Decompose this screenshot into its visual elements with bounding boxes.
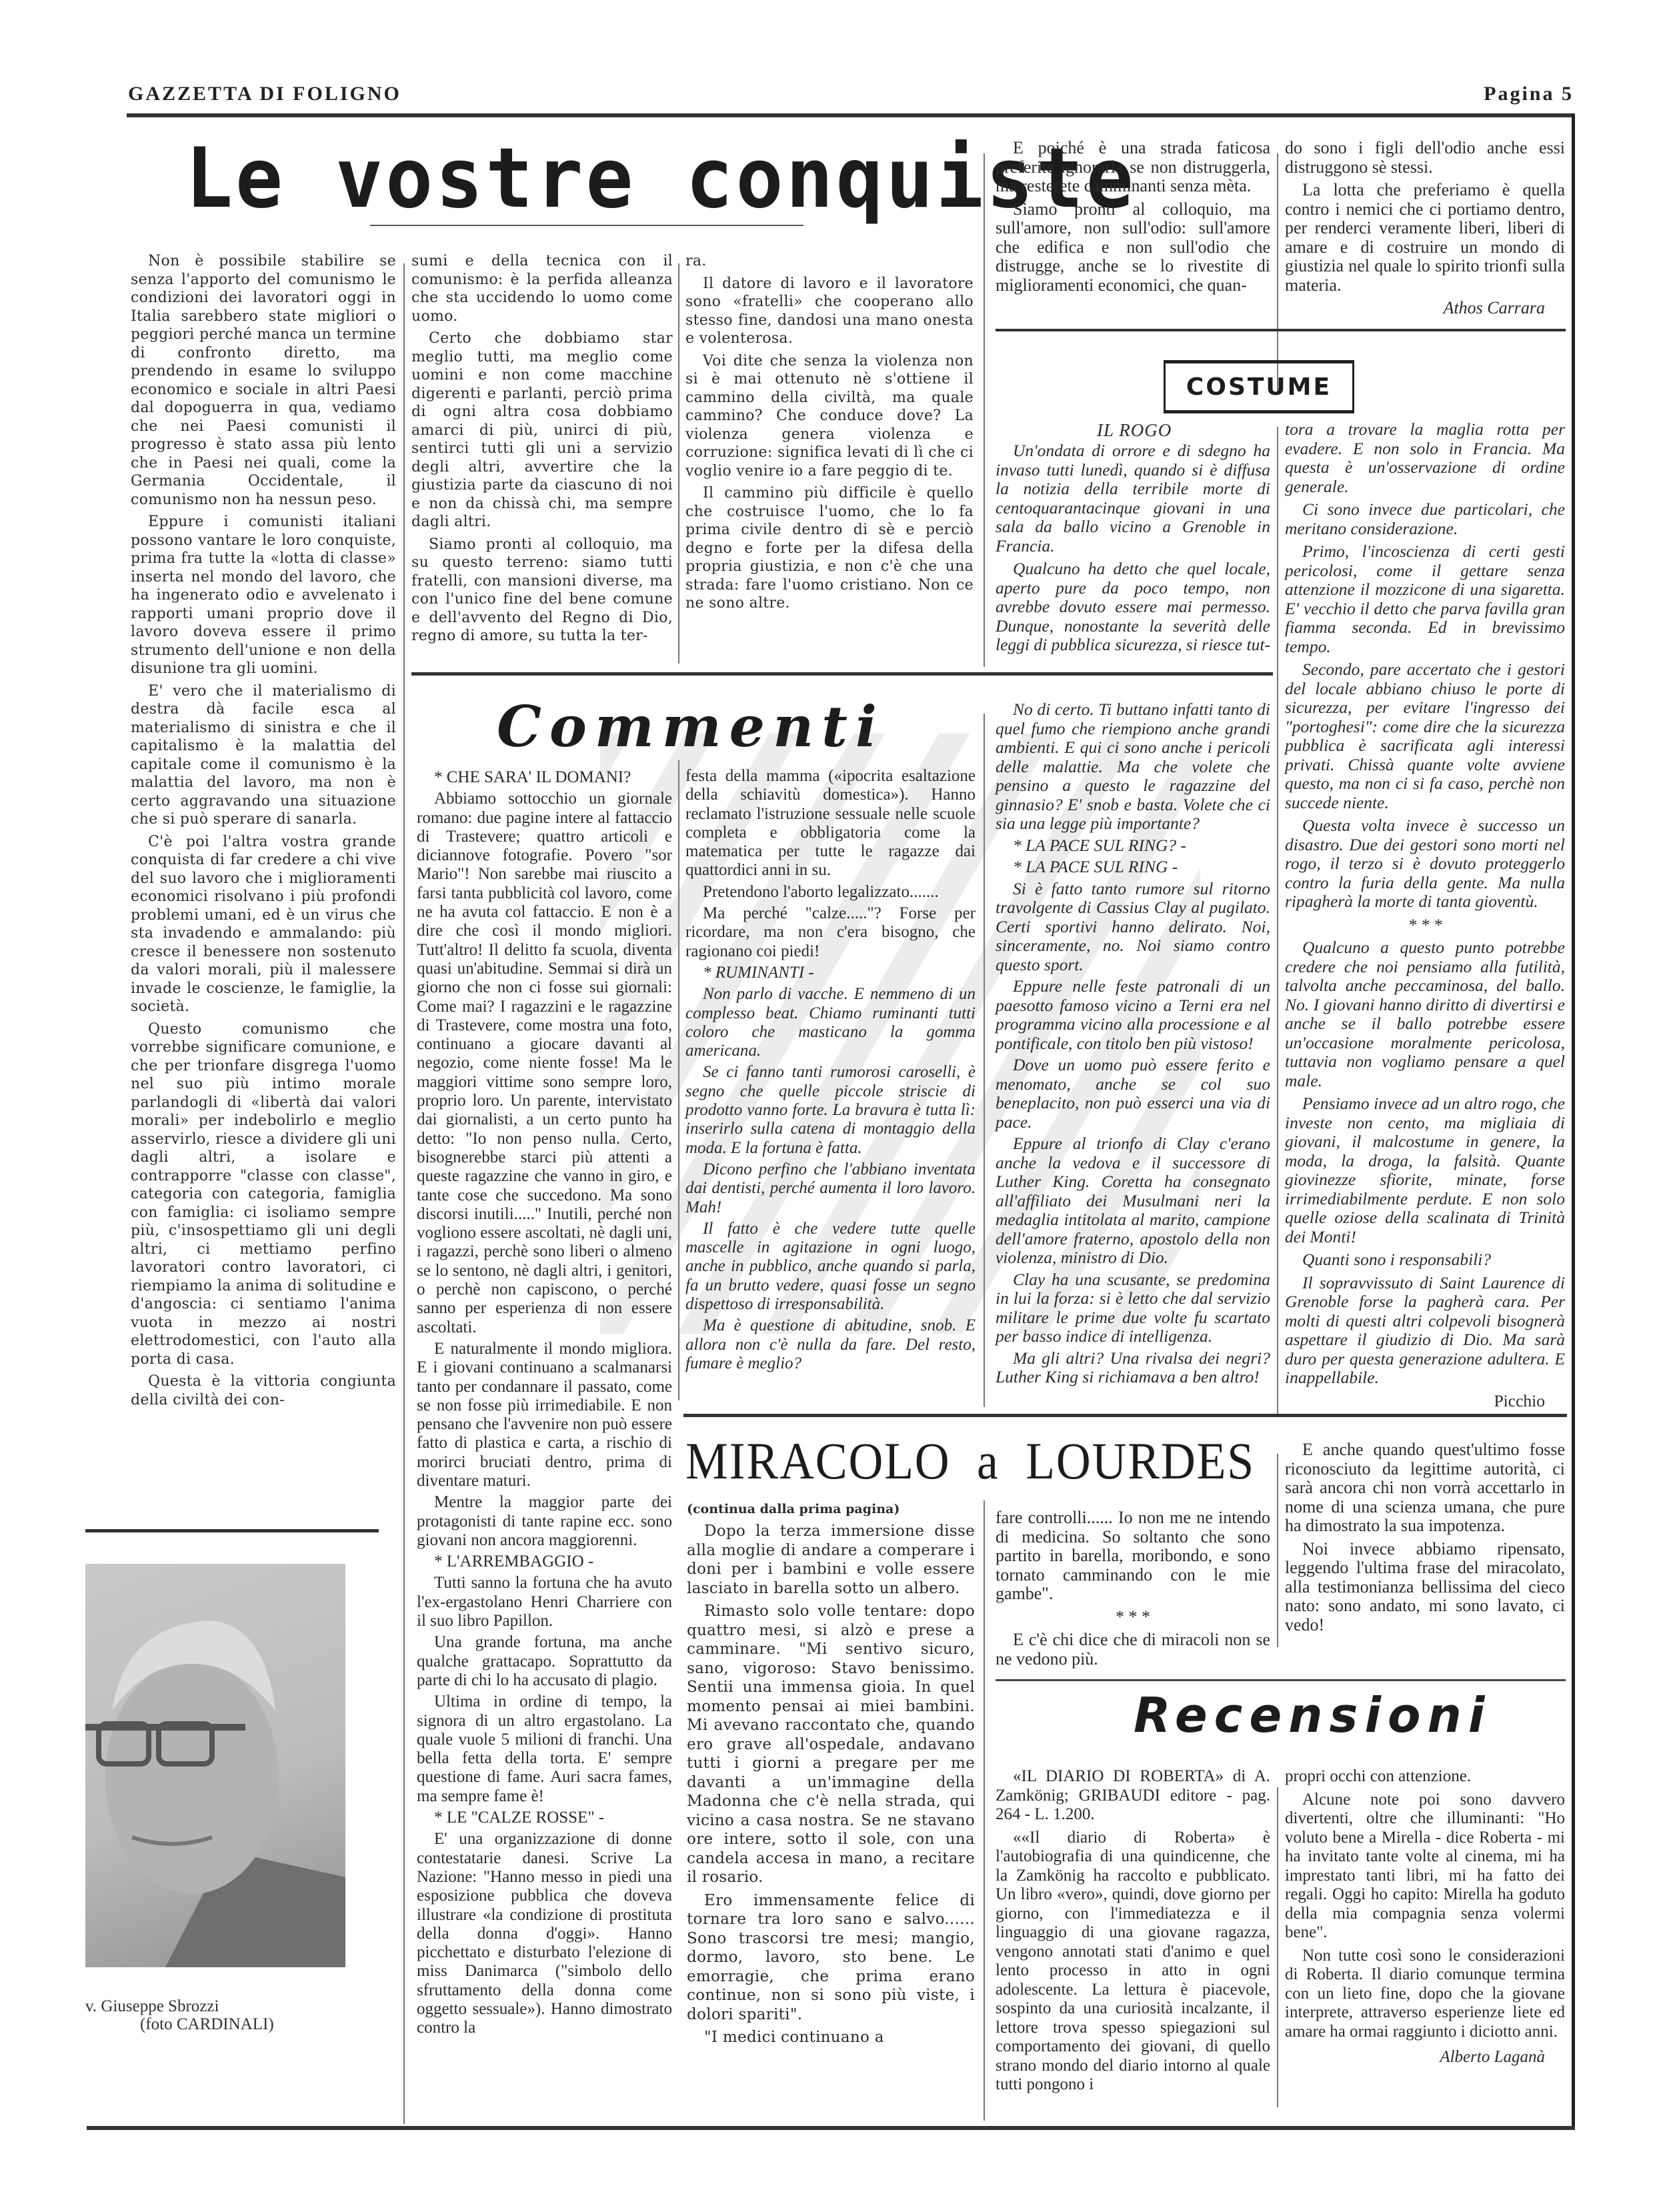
- paragraph: "I medici continuano a: [687, 2028, 975, 2047]
- costume-col-2: tora a trovare la maglia rotta per evade…: [1285, 420, 1565, 1410]
- recensioni-col-1: «IL DIARIO DI ROBERTA» di A. Zamkönig; G…: [996, 1767, 1270, 2099]
- column-divider: [984, 714, 985, 1407]
- paragraph: E c'è chi dice che di miracoli non se ne…: [996, 1630, 1270, 1669]
- paragraph: propri occhi con attenzione.: [1285, 1767, 1565, 1787]
- paragraph: Non parlo di vacche. E nemmeno di un com…: [685, 985, 976, 1060]
- paragraph: festa della mamma («ipocrita esaltazione…: [685, 767, 976, 880]
- paragraph: Quanti sono i responsabili?: [1285, 1250, 1565, 1270]
- paragraph: Il sopravvissuto di Saint Laurence di Gr…: [1285, 1274, 1565, 1388]
- paragraph: Secondo, pare accertato che i gestori de…: [1285, 660, 1565, 812]
- miracolo-col-2: fare controlli...... Io non me ne intend…: [996, 1508, 1270, 1673]
- paragraph: Dove un uomo può essere ferito e menomat…: [996, 1056, 1270, 1132]
- page-bottom-border: [87, 2126, 1575, 2130]
- paragraph: E anche quando quest'ultimo fosse ricono…: [1285, 1440, 1565, 1536]
- main-headline: Le vostre conquiste: [185, 137, 1136, 219]
- costume-col-1: Un'ondata di orrore e di sdegno ha invas…: [996, 441, 1270, 659]
- paragraph: Il datore di lavoro e il lavoratore sono…: [685, 275, 974, 348]
- main-article-col-5: do sono i figli dell'odio anche essi dis…: [1285, 139, 1565, 318]
- paragraph: Ci sono invece due particolari, che meri…: [1285, 500, 1565, 538]
- column-divider: [984, 153, 985, 667]
- commenti-subheading: * LE "CALZE ROSSE" -: [417, 1809, 672, 1827]
- main-article-col-1: Non è possibile stabilire se senza l'app…: [131, 252, 396, 1413]
- photo-caption-credit: (foto CARDINALI): [140, 2015, 274, 2034]
- paragraph: Primo, l'incoscienza di certi gesti peri…: [1285, 542, 1565, 656]
- costume-section-label: COSTUME: [1164, 360, 1354, 413]
- masthead-page-number: Pagina 5: [1484, 83, 1574, 105]
- page-right-border: [1572, 115, 1575, 2129]
- paragraph: Eppure al trionfo di Clay c'erano anche …: [996, 1134, 1270, 1268]
- paragraph: Pensiamo invece ad un altro rogo, che in…: [1285, 1094, 1565, 1246]
- photo-caption-name: v. Giuseppe Sbrozzi: [85, 1997, 219, 2016]
- paragraph: Si è fatto tanto rumore sul ritorno trav…: [996, 880, 1270, 975]
- portrait-figure-icon: [85, 1564, 345, 1967]
- paragraph: Dopo la terza immersione disse alla mogl…: [687, 1522, 975, 1598]
- paragraph: Dicono perfino che l'abbiano inventata d…: [685, 1160, 976, 1217]
- paragraph: do sono i figli dell'odio anche essi dis…: [1285, 139, 1565, 177]
- miracolo-rule: [683, 1414, 1567, 1417]
- paragraph: E' una organizzazione di donne contestat…: [417, 1830, 672, 2037]
- review-book-info: «IL DIARIO DI ROBERTA» di A. Zamkönig; G…: [996, 1767, 1270, 1825]
- portrait-photo: [85, 1564, 345, 1967]
- column-divider: [678, 760, 679, 1400]
- paragraph: Alcune note poi sono davvero divertenti,…: [1285, 1791, 1565, 1943]
- commenti-subheading: * CHE SARA' IL DOMANI?: [417, 768, 672, 787]
- paragraph: Eppure nelle feste patronali di un paeso…: [996, 977, 1270, 1053]
- paragraph: Il cammino più difficile è quello che co…: [685, 484, 974, 613]
- paragraph: Certo che dobbiamo star meglio tutti, ma…: [411, 329, 673, 531]
- paragraph: E' vero che il materialismo di destra dà…: [131, 682, 396, 829]
- paragraph: Qualcuno a questo punto potrebbe credere…: [1285, 938, 1565, 1090]
- main-article-signature: Athos Carrara: [1285, 299, 1565, 318]
- paragraph: Ero immensamente felice di tornare tra l…: [687, 1891, 975, 2025]
- miracolo-col-1: Dopo la terza immersione disse alla mogl…: [687, 1522, 975, 2051]
- main-article-col-2: sumi e della tecnica con il comunismo: è…: [411, 252, 673, 650]
- paragraph: C'è poi l'altra vostra grande conquista …: [131, 833, 396, 1016]
- column-divider: [1277, 1454, 1278, 1647]
- paragraph: Questa è la vittoria congiunta della civ…: [131, 1372, 396, 1409]
- column-divider: [678, 263, 679, 664]
- commenti-title: Commenti: [497, 694, 885, 760]
- paragraph: Clay ha una scusante, se predomina in lu…: [996, 1270, 1270, 1346]
- paragraph: Se ci fanno tanti rumorosi caroselli, è …: [685, 1063, 976, 1157]
- paragraph: E poiché è una strada faticosa preferite…: [996, 139, 1270, 196]
- paragraph: E naturalmente il mondo migliora. E i gi…: [417, 1340, 672, 1490]
- paragraph: Ma è questione di abitudine, snob. E all…: [685, 1316, 976, 1373]
- paragraph: ra.: [685, 252, 974, 271]
- paragraph: Voi dite che senza la violenza non si è …: [685, 352, 974, 481]
- paragraph: Siamo pronti al colloquio, ma sull'amore…: [996, 200, 1270, 295]
- column-divider: [1277, 427, 1278, 1414]
- paragraph: Mentre la maggior parte dei protagonisti…: [417, 1493, 672, 1550]
- costume-signature: Picchio: [1285, 1392, 1565, 1411]
- recensioni-title: Recensioni: [1134, 1687, 1491, 1743]
- commenti-subheading: * L'ARREMBAGGIO -: [417, 1552, 672, 1571]
- paragraph: Ma gli altri? Una rivalsa dei negri? Lut…: [996, 1349, 1270, 1387]
- miracolo-continued-note: (continua dalla prima pagina): [687, 1502, 900, 1516]
- recensioni-rule: [996, 1679, 1566, 1681]
- main-article-col-4: E poiché è una strada faticosa preferite…: [996, 139, 1270, 299]
- section-separator: * * *: [996, 1608, 1270, 1627]
- paragraph: Non è possibile stabilire se senza l'app…: [131, 252, 396, 509]
- paragraph: Abbiamo sottocchio un giornale romano: d…: [417, 790, 672, 1337]
- paragraph: Ma perché "calze....."? Forse per ricord…: [685, 904, 976, 961]
- miracolo-title: MIRACOLO a LOURDES: [685, 1431, 1255, 1491]
- headline-underline: [370, 225, 803, 226]
- section-rule: [996, 329, 1566, 331]
- commenti-subheading: * RUMINANTI -: [685, 964, 976, 982]
- column-divider: [403, 263, 405, 2124]
- paragraph: Pretendono l'aborto legalizzato.......: [685, 883, 976, 902]
- paragraph: ««Il diario di Roberta» è l'autobiografi…: [996, 1829, 1270, 2095]
- paragraph: sumi e della tecnica con il comunismo: è…: [411, 252, 673, 325]
- paragraph: Qualcuno ha detto che quel locale, apert…: [996, 560, 1270, 655]
- paragraph: Siamo pronti al colloquio, ma su questo …: [411, 535, 673, 646]
- paragraph: Ultima in ordine di tempo, la signora di…: [417, 1693, 672, 1806]
- paragraph: fare controlli...... Io non me ne intend…: [996, 1508, 1270, 1604]
- section-separator: * * *: [1285, 916, 1565, 935]
- photo-section-rule: [85, 1529, 379, 1532]
- recensioni-signature: Alberto Laganà: [1285, 2048, 1565, 2067]
- main-article-col-3: ra. Il datore di lavoro e il lavoratore …: [685, 252, 974, 617]
- costume-article-title: IL ROGO: [1097, 420, 1172, 441]
- paragraph: Un'ondata di orrore e di sdegno ha invas…: [996, 441, 1270, 556]
- recensioni-col-2: propri occhi con attenzione. Alcune note…: [1285, 1767, 1565, 2067]
- paragraph: tora a trovare la maglia rotta per evade…: [1285, 420, 1565, 496]
- paragraph: Questo comunismo che vorrebbe significar…: [131, 1020, 396, 1369]
- column-divider: [1277, 1787, 1278, 2107]
- miracolo-col-3: E anche quando quest'ultimo fosse ricono…: [1285, 1440, 1565, 1638]
- paragraph: Tutti sanno la fortuna che ha avuto l'ex…: [417, 1574, 672, 1630]
- paragraph: Non tutte così sono le considerazioni di…: [1285, 1947, 1565, 2042]
- paragraph: La lotta che preferiamo è quella contro …: [1285, 181, 1565, 295]
- commenti-subheading: * LA PACE SUL RING -: [996, 858, 1270, 877]
- paragraph: Il fatto è che vedere tutte quelle masce…: [685, 1220, 976, 1314]
- commenti-rule: [411, 672, 1273, 676]
- commenti-col-1: * CHE SARA' IL DOMANI? Abbiamo sottocchi…: [417, 767, 672, 2041]
- commenti-subheading: * LA PACE SUL RING? -: [996, 836, 1270, 856]
- masthead-rule: [127, 113, 1575, 117]
- paragraph: Noi invece abbiamo ripensato, leggendo l…: [1285, 1540, 1565, 1635]
- commenti-col-2: festa della mamma («ipocrita esaltazione…: [685, 767, 976, 1376]
- masthead-paper-name: GAZZETTA DI FOLIGNO: [128, 83, 401, 105]
- paragraph: Una grande fortuna, ma anche qualche gra…: [417, 1633, 672, 1690]
- commenti-col-3: No di certo. Ti buttano infatti tanto di…: [996, 700, 1270, 1390]
- paragraph: No di certo. Ti buttano infatti tanto di…: [996, 700, 1270, 834]
- paragraph: Rimasto solo volle tentare: dopo quattro…: [687, 1602, 975, 1887]
- paragraph: Eppure i comunisti italiani possono vant…: [131, 513, 396, 678]
- column-divider: [984, 1500, 985, 2121]
- column-divider: [1277, 153, 1278, 393]
- paragraph: Questa volta invece è successo un disast…: [1285, 816, 1565, 912]
